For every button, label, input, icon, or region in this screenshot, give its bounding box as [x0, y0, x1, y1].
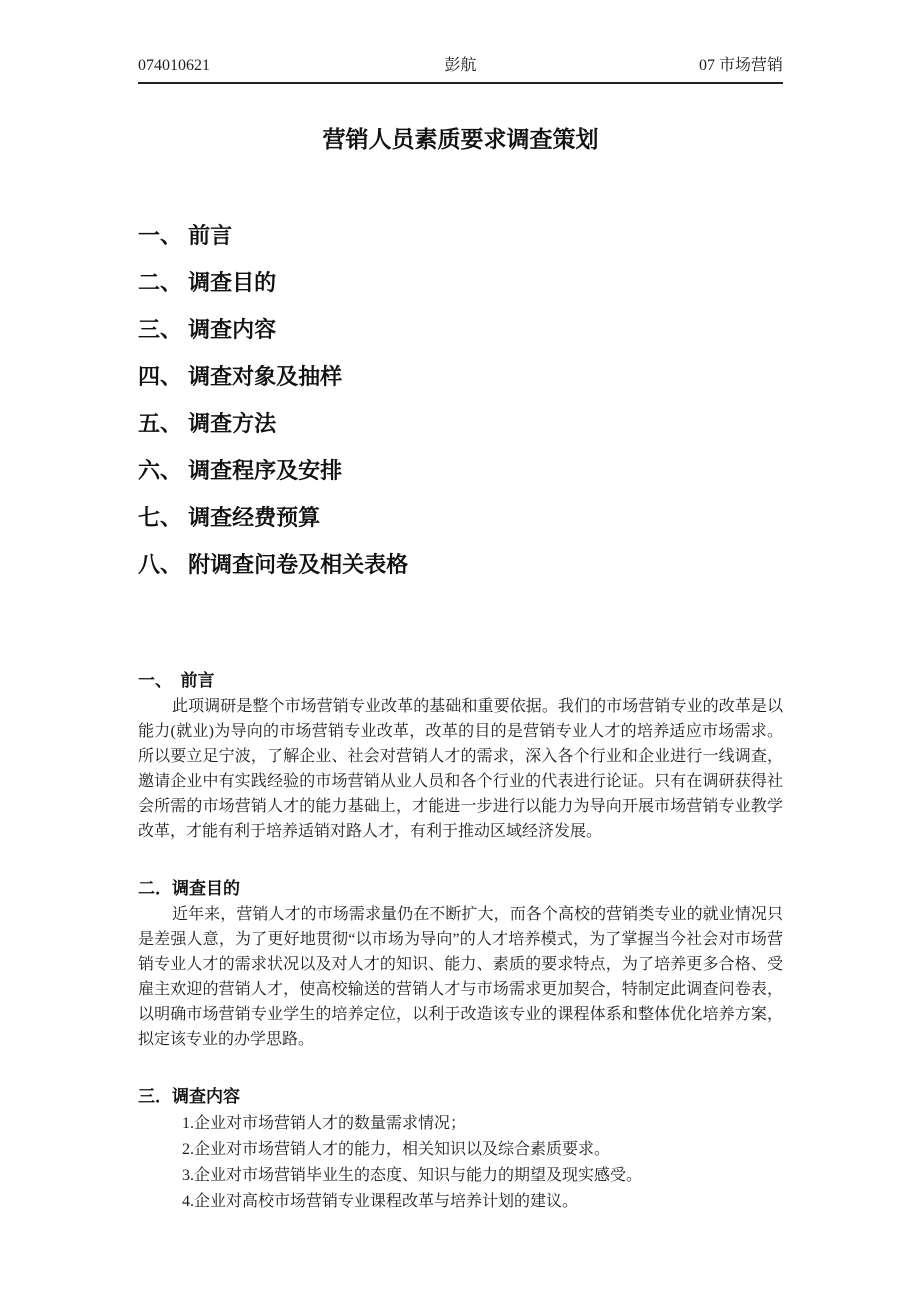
survey-content-list: 1.企业对市场营销人才的数量需求情况； 2.企业对市场营销人才的能力，相关知识以… — [138, 1111, 783, 1215]
survey-content-item-4: 4.企业对高校市场营销专业课程改革与培养计划的建议。 — [138, 1189, 783, 1215]
document-page: 074010621 彭航 07 市场营销 营销人员素质要求调查策划 一、 前言 … — [0, 0, 920, 1302]
toc-item-survey-subjects: 四、 调查对象及抽样 — [138, 363, 783, 390]
section-preface-heading: 一、 前言 — [138, 668, 783, 694]
table-of-contents: 一、 前言 二、 调查目的 三、 调查内容 四、 调查对象及抽样 五、 调查方法… — [138, 222, 783, 578]
survey-content-item-2: 2.企业对市场营销人才的能力，相关知识以及综合素质要求。 — [138, 1137, 783, 1163]
section-preface: 一、 前言 此项调研是整个市场营销专业改革的基础和重要依据。我们的市场营销专业的… — [138, 668, 783, 844]
page-header-row: 074010621 彭航 07 市场营销 — [138, 56, 783, 84]
survey-content-item-3: 3.企业对市场营销毕业生的态度、知识与能力的期望及现实感受。 — [138, 1163, 783, 1189]
section-preface-paragraph: 此项调研是整个市场营销专业改革的基础和重要依据。我们的市场营销专业的改革是以能力… — [138, 694, 783, 844]
section-survey-purpose-paragraph: 近年来，营销人才的市场需求量仍在不断扩大，而各个高校的营销类专业的就业情况只是差… — [138, 902, 783, 1052]
header-author: 彭航 — [353, 56, 568, 76]
toc-item-survey-procedure: 六、 调查程序及安排 — [138, 457, 783, 484]
section-survey-content-heading: 三．调查内容 — [138, 1084, 783, 1110]
document-title: 营销人员素质要求调查策划 — [138, 124, 783, 154]
toc-item-survey-methods: 五、 调查方法 — [138, 410, 783, 437]
section-survey-content: 三．调查内容 1.企业对市场营销人才的数量需求情况； 2.企业对市场营销人才的能… — [138, 1084, 783, 1215]
document-body: 一、 前言 此项调研是整个市场营销专业改革的基础和重要依据。我们的市场营销专业的… — [138, 668, 783, 1215]
header-student-id: 074010621 — [138, 56, 353, 76]
toc-item-preface: 一、 前言 — [138, 222, 783, 249]
toc-item-survey-purpose: 二、 调查目的 — [138, 269, 783, 296]
toc-item-survey-budget: 七、 调查经费预算 — [138, 504, 783, 531]
section-survey-purpose-heading: 二．调查目的 — [138, 876, 783, 902]
page-header: 074010621 彭航 07 市场营销 — [138, 0, 783, 84]
survey-content-item-1: 1.企业对市场营销人才的数量需求情况； — [138, 1111, 783, 1137]
toc-item-survey-content: 三、 调查内容 — [138, 316, 783, 343]
header-class: 07 市场营销 — [568, 56, 783, 76]
toc-item-questionnaire: 八、 附调查问卷及相关表格 — [138, 551, 783, 578]
section-survey-purpose: 二．调查目的 近年来，营销人才的市场需求量仍在不断扩大，而各个高校的营销类专业的… — [138, 876, 783, 1052]
